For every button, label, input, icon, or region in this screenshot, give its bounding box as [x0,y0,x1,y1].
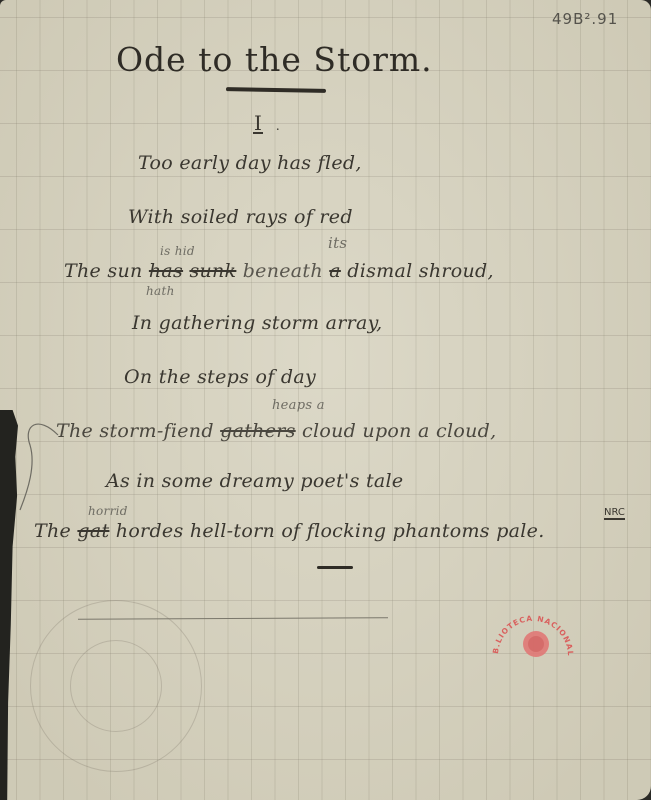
pencil-correction-hath: hath [146,284,175,298]
struck-word-sunk: sunk [189,260,236,282]
pencil-correction-horrid: horrid [88,504,128,518]
line-6-suffix: cloud upon a cloud, [302,420,496,442]
stanza-number: I [253,114,263,134]
author-initials: NRC [604,508,625,520]
poem-line-3: The sun has sunk beneath a dismal shroud… [64,260,494,282]
catalog-number: 49B².91 [552,10,618,28]
line-8-suffix: hordes hell-torn of flocking phantoms pa… [116,520,545,542]
library-stamp: B.LIOTECA NACIONAL [490,604,576,668]
pencil-correction-is-hid: is hid [160,244,195,258]
library-stamp-icon: B.LIOTECA NACIONAL [490,604,576,668]
page-title: Ode to the Storm. [116,40,433,79]
manuscript-page [0,0,651,800]
poem-line-2: With soiled rays of red [128,206,353,228]
pencil-correction-heaps-a: heaps a [272,398,325,413]
poem-line-7: As in some dreamy poet's tale [106,470,403,492]
poem-line-1: Too early day has fled, [138,152,362,174]
line-3-prefix: The sun [64,260,143,282]
struck-word-has: has [149,260,183,282]
line-3-suffix: dismal shroud, [347,260,494,282]
ghost-stamp-impression-inner [70,640,162,732]
struck-word-gathers: gathers [220,420,296,442]
poem-line-8: The gat hordes hell-torn of flocking pha… [34,520,545,542]
poem-line-6: The storm-fiend gathers cloud upon a clo… [56,420,496,442]
line-3-middle: beneath [243,260,323,282]
line-6-prefix: The storm-fiend [56,420,214,442]
line-8-prefix: The [34,520,71,542]
poem-line-4: In gathering storm array, [132,312,383,334]
stanza-dot: . [276,119,280,135]
poem-line-5: On the steps of day [124,366,316,388]
closing-rule [317,566,353,569]
struck-word-gat: gat [77,520,109,542]
pencil-correction-its: its [328,234,347,252]
struck-word-a: a [329,260,341,282]
